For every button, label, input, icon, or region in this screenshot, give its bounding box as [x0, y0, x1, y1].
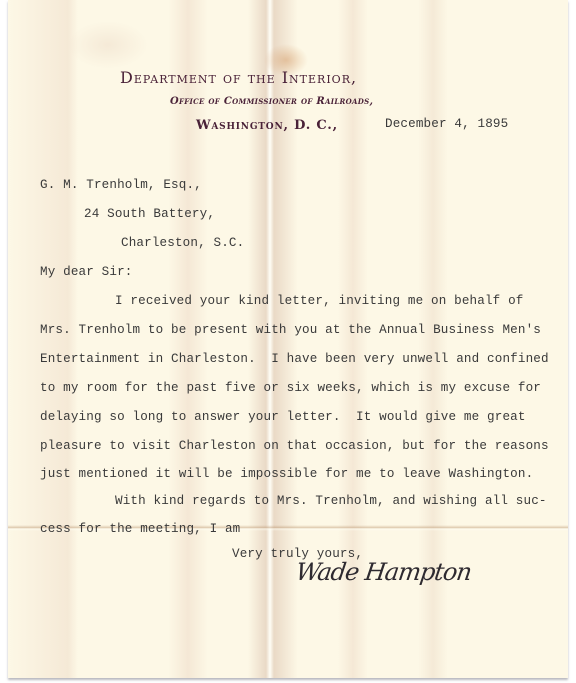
- letterhead-department: Department of the Interior,: [120, 68, 357, 87]
- letterhead-office: Office of Commissioner of Railroads,: [170, 96, 373, 107]
- recipient-street: 24 South Battery,: [84, 207, 215, 221]
- recipient-name: G. M. Trenholm, Esq.,: [40, 178, 202, 192]
- body-line: Mrs. Trenholm to be present with you at …: [40, 323, 541, 337]
- letterhead-city: Washington, D. C.,: [196, 118, 338, 133]
- body-line: to my room for the past five or six week…: [40, 381, 541, 395]
- body-line: cess for the meeting, I am: [40, 522, 240, 536]
- body-line: Entertainment in Charleston. I have been…: [40, 352, 549, 366]
- body-line: delaying so long to answer your letter. …: [40, 410, 526, 424]
- body-line: With kind regards to Mrs. Trenholm, and …: [115, 494, 547, 508]
- salutation: My dear Sir:: [40, 265, 133, 279]
- recipient-city: Charleston, S.C.: [121, 236, 244, 250]
- letter-date: December 4, 1895: [385, 117, 508, 131]
- body-line: just mentioned it will be impossible for…: [40, 467, 533, 481]
- body-line: I received your kind letter, inviting me…: [115, 294, 524, 308]
- body-line: pleasure to visit Charleston on that occ…: [40, 439, 549, 453]
- signature: Wade Hampton: [294, 558, 473, 586]
